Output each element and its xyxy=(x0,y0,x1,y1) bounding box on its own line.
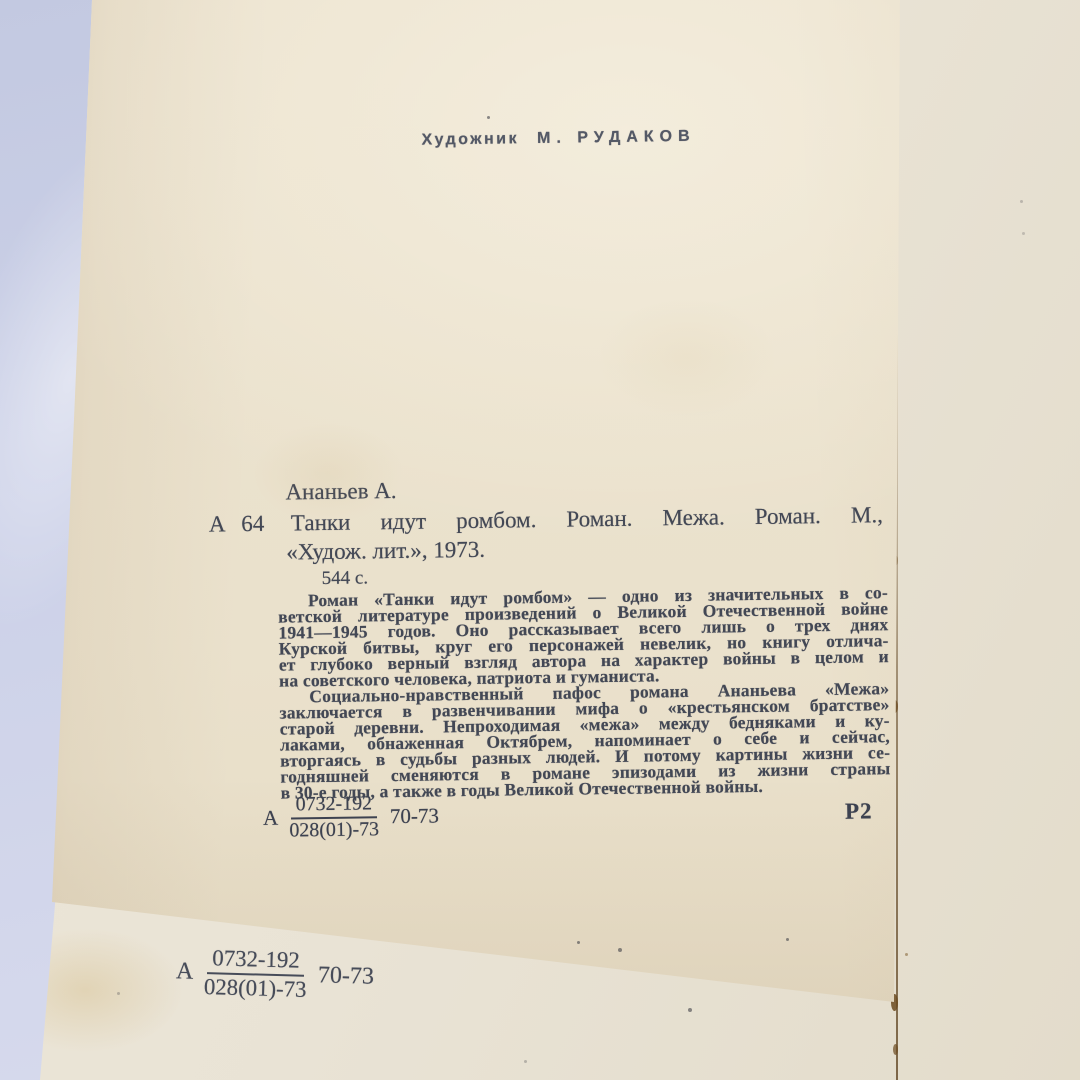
artist-credit: ХудожникМ. РУДАКОВ xyxy=(421,128,695,150)
catalog-index-code: А 64 xyxy=(209,511,265,538)
artist-credit-label: Художник xyxy=(421,130,519,148)
page-edge-nick xyxy=(893,1044,898,1055)
formula-edition-code: 70-73 xyxy=(390,803,439,829)
catalog-formula-top: А 0732-192 028(01)-73 70-73 xyxy=(263,792,440,842)
book-photo: А 0732-192 028(01)-73 70-73 ХудожникМ. Р… xyxy=(0,0,1080,1080)
formula-numerator: 0732-192 xyxy=(207,946,305,976)
price-category-mark: Р2 xyxy=(845,798,873,824)
formula-fraction: 0732-192 028(01)-73 xyxy=(204,946,308,1002)
formula-edition-code: 70-73 xyxy=(318,962,375,991)
formula-numerator: 0732-192 xyxy=(291,793,378,819)
catalog-formula-bottom: А 0732-192 028(01)-73 70-73 xyxy=(175,945,374,1004)
catalog-pages-count: 544 с. xyxy=(322,567,369,590)
artist-credit-name: М. РУДАКОВ xyxy=(537,128,696,147)
catalog-title-line2: «Худож. лит.», 1973. xyxy=(286,537,485,566)
page-stain xyxy=(596,297,778,420)
formula-prefix: А xyxy=(176,958,194,985)
formula-prefix: А xyxy=(263,806,279,831)
formula-fraction: 0732-192 028(01)-73 xyxy=(289,793,379,841)
formula-denominator: 028(01)-73 xyxy=(289,818,379,842)
annotation-block: Роман «Танки идут ромбом» — одно из знач… xyxy=(278,584,891,800)
formula-denominator: 028(01)-73 xyxy=(204,974,307,1002)
